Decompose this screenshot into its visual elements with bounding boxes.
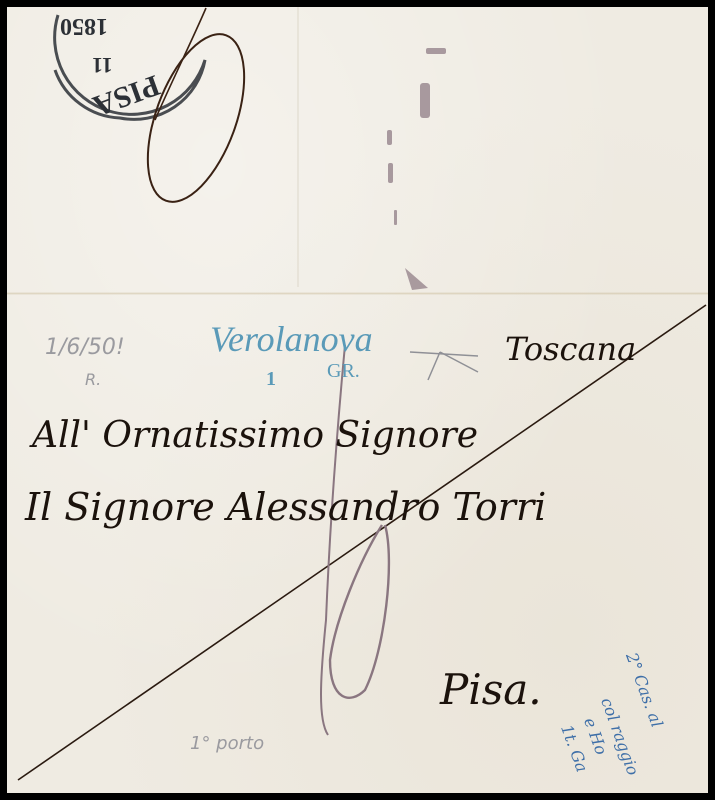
route-toscana: Toscana	[505, 330, 636, 368]
address-line-addressee: Il Signore Alessandro Torri	[25, 485, 546, 529]
departure-postmark-town: Verolanova	[210, 318, 373, 360]
violet-faint-mark	[387, 48, 446, 290]
pencil-cross-mark	[410, 352, 478, 380]
violet-rate-6-large	[321, 345, 389, 735]
pencil-date-note: 1/6/50!	[45, 335, 125, 360]
departure-postmark-rate-number: 1	[266, 368, 276, 391]
cancel-day: 11	[92, 52, 113, 78]
pencil-porto-note: 1° porto	[190, 733, 264, 754]
pencil-initial-note: R.	[85, 370, 101, 389]
departure-postmark-rate-text: GR.	[327, 360, 360, 383]
cancel-year: 1850	[60, 12, 108, 39]
address-line-salutation: All' Ornatissimo Signore	[32, 415, 478, 456]
ink-marks-layer	[0, 0, 715, 800]
address-destination-pisa: Pisa.	[440, 665, 542, 714]
